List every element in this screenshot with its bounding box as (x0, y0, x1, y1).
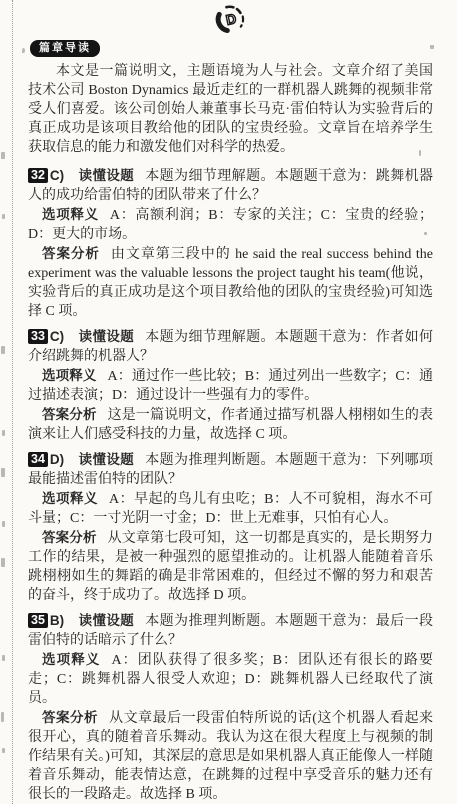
options-label: 选项释义 (42, 491, 98, 506)
svg-text:D: D (224, 10, 237, 28)
question-block-35: 35B)读懂设题本题为推理判断题。本题题干意为：最后一段雷伯特的话暗示了什么？ … (28, 611, 433, 804)
answer-letter: C) (50, 168, 64, 183)
circular-d-logo-icon: D (212, 2, 250, 36)
scan-artifact (1, 712, 4, 722)
question-block-33: 33C)读懂设题本题为细节理解题。本题题干意为：作者如何介绍跳舞的机器人？ 选项… (28, 327, 433, 444)
analysis-label: 答案分析 (42, 530, 97, 545)
stem-label: 读懂设题 (78, 613, 134, 628)
answer-letter: B) (50, 613, 64, 628)
intro-paragraph: 本文是一篇说明文，主题语境为人与社会。文章介绍了美国技术公司 Boston Dy… (28, 62, 433, 157)
question-block-32: 32C)读懂设题本题为细节理解题。本题题干意为：跳舞机器人的成功给雷伯特的团队带… (28, 166, 433, 321)
intro-tag-pill: 篇章导读 (30, 40, 100, 57)
analysis-label: 答案分析 (42, 407, 97, 422)
options-label: 选项释义 (42, 652, 100, 667)
stem-label: 读懂设题 (78, 329, 134, 344)
answer-letter: C) (50, 329, 64, 344)
scan-artifact (2, 214, 5, 219)
scanned-book-page: D 篇章导读 本文是一篇说明文，主题语境为人与社会。文章介绍了美国技术公司 Bo… (0, 0, 457, 804)
question-number-badge: 34 (28, 452, 48, 467)
scan-artifact (1, 346, 5, 354)
options-label: 选项释义 (42, 207, 99, 222)
scan-artifact (2, 430, 5, 436)
stem-label: 读懂设题 (78, 168, 134, 183)
section-d-logo: D (28, 0, 433, 38)
options-label: 选项释义 (42, 368, 97, 383)
analysis-label: 答案分析 (42, 246, 100, 261)
question-block-34: 34D)读懂设题本题为推理判断题。本题题干意为：下列哪项最能描述雷伯特的团队？ … (28, 450, 433, 605)
question-number-badge: 35 (28, 613, 48, 628)
analysis-label: 答案分析 (42, 710, 98, 725)
scan-artifact (2, 655, 5, 661)
scan-artifact (1, 152, 5, 159)
scan-artifact (22, 48, 25, 53)
scan-artifact (1, 468, 5, 477)
answer-letter: D) (50, 452, 64, 467)
question-number-badge: 33 (28, 329, 48, 344)
scan-artifact (1, 558, 5, 567)
question-number-badge: 32 (28, 168, 48, 183)
scan-artifact (2, 521, 5, 527)
page-binding-dotted-line (12, 0, 13, 804)
stem-label: 读懂设题 (78, 452, 134, 467)
scan-artifact (2, 748, 5, 753)
